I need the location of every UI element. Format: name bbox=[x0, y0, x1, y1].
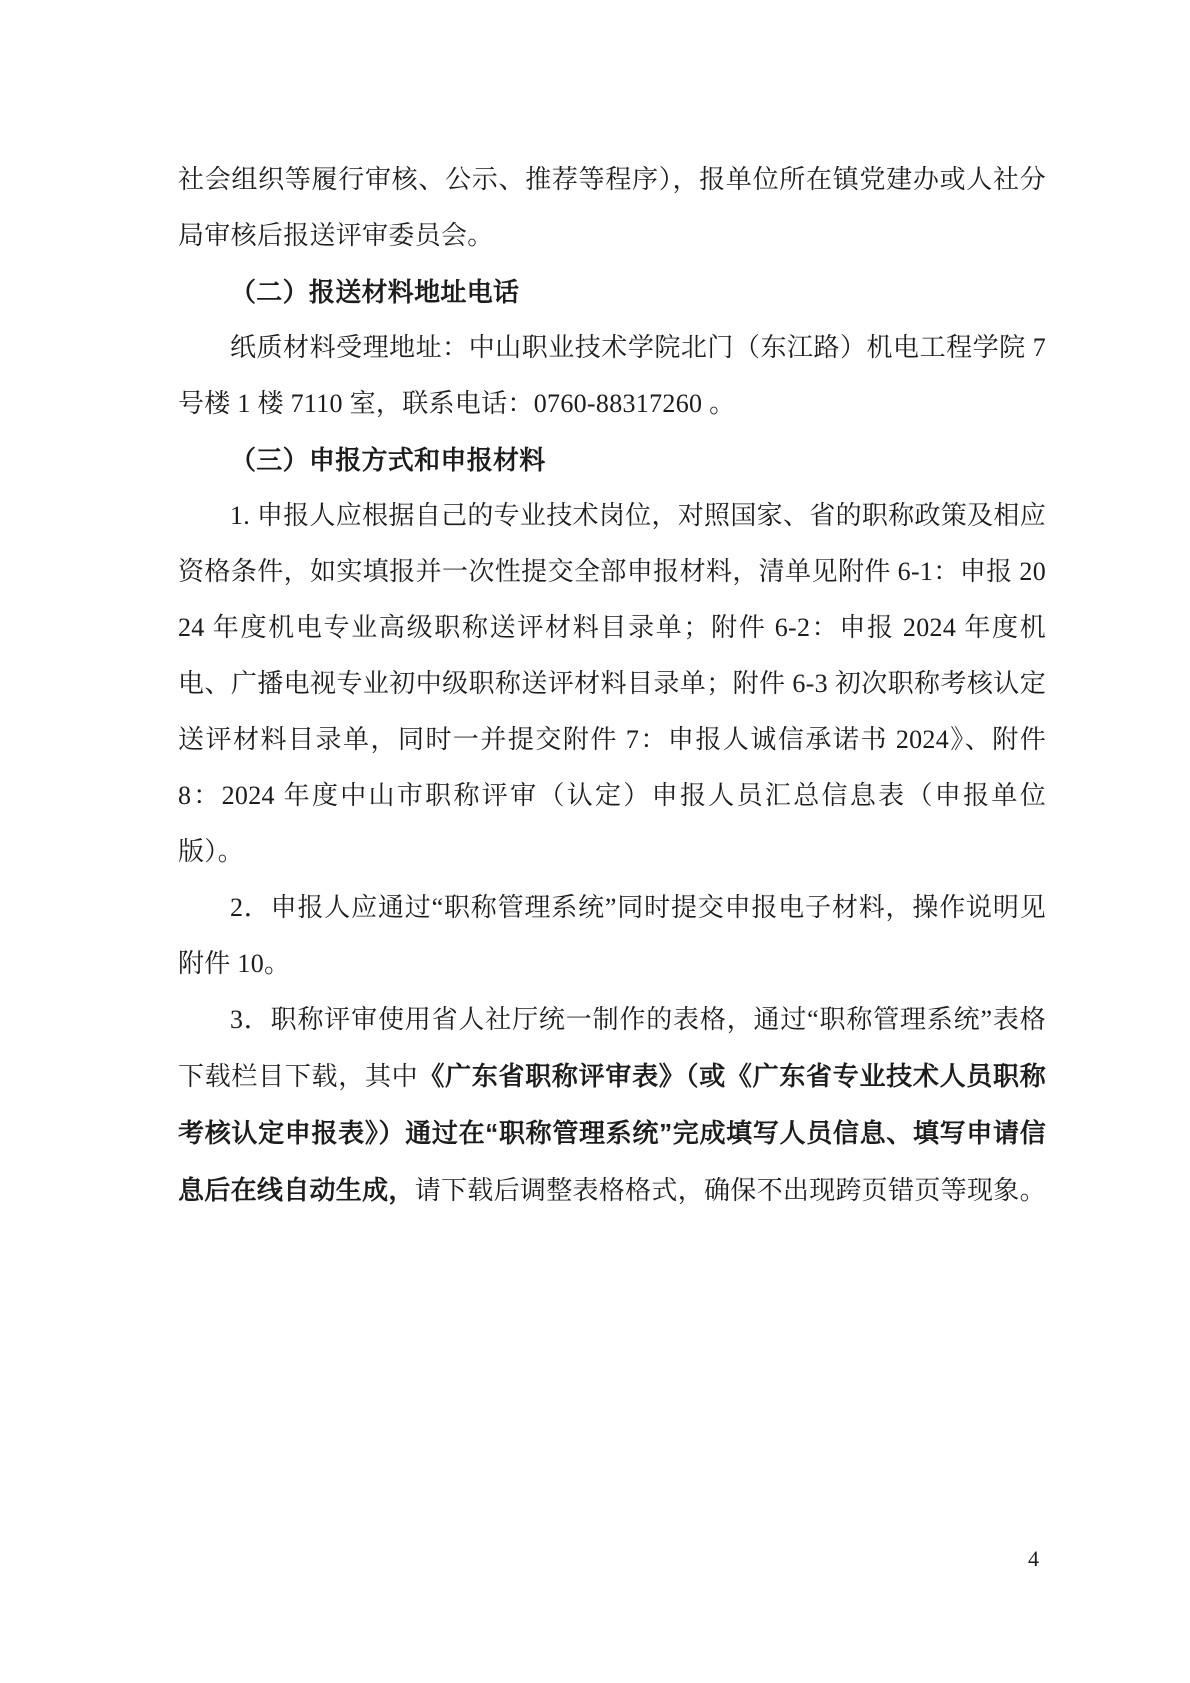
paragraph-text: 1. 申报人应根据自己的专业技术岗位，对照国家、省的职称政策及相应资格条件，如实… bbox=[178, 501, 1046, 866]
paragraph-text: 2．申报人应通过“职称管理系统”同时提交申报电子材料，操作说明见附件 10。 bbox=[178, 893, 1046, 978]
page-number: 4 bbox=[1028, 1544, 1039, 1574]
page-content: 社会组织等履行审核、公示、推荐等程序），报单位所在镇党建办或人社分局审核后报送评… bbox=[178, 152, 1046, 1219]
address-paragraph: 纸质材料受理地址：中山职业技术学院北门（东江路）机电工程学院 7 号楼 1 楼 … bbox=[178, 320, 1046, 432]
section-heading-2: （二）报送材料地址电话 bbox=[178, 264, 1046, 320]
paragraph-text: 纸质材料受理地址：中山职业技术学院北门（东江路）机电工程学院 7 号楼 1 楼 … bbox=[178, 333, 1046, 418]
heading-text: （三）申报方式和申报材料 bbox=[230, 445, 546, 475]
paragraph-text: 社会组织等履行审核、公示、推荐等程序），报单位所在镇党建办或人社分局审核后报送评… bbox=[178, 165, 1046, 250]
document-page: 社会组织等履行审核、公示、推荐等程序），报单位所在镇党建办或人社分局审核后报送评… bbox=[0, 0, 1190, 1683]
item-1-paragraph: 1. 申报人应根据自己的专业技术岗位，对照国家、省的职称政策及相应资格条件，如实… bbox=[178, 488, 1046, 880]
section-heading-3: （三）申报方式和申报材料 bbox=[178, 432, 1046, 488]
heading-text: （二）报送材料地址电话 bbox=[230, 277, 519, 307]
continuation-paragraph: 社会组织等履行审核、公示、推荐等程序），报单位所在镇党建办或人社分局审核后报送评… bbox=[178, 152, 1046, 264]
paragraph-text: 请下载后调整表格格式，确保不出现跨页错页等现象。 bbox=[415, 1176, 1046, 1205]
item-2-paragraph: 2．申报人应通过“职称管理系统”同时提交申报电子材料，操作说明见附件 10。 bbox=[178, 880, 1046, 992]
item-3-paragraph: 3．职称评审使用省人社厅统一制作的表格，通过“职称管理系统”表格下载栏目下载，其… bbox=[178, 992, 1046, 1219]
